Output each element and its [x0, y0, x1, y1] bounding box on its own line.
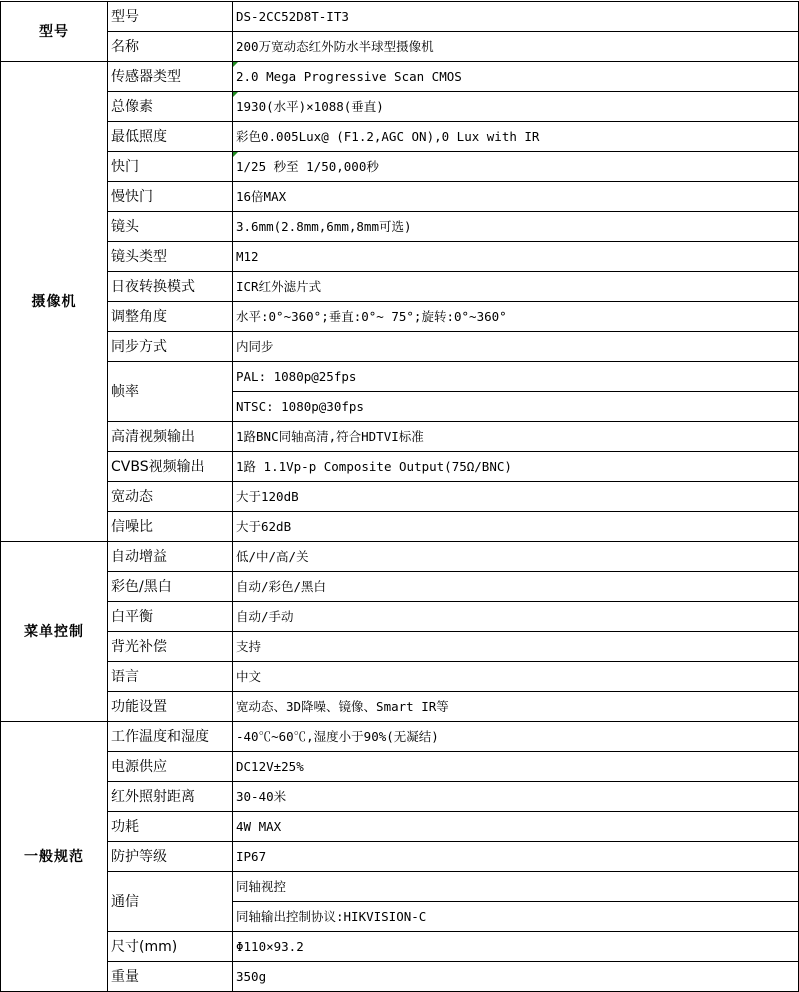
spec-label-text: 总像素 [111, 100, 153, 114]
spec-value: 同轴视控 [232, 871, 799, 902]
spec-value-text: 同轴输出控制协议:HIKVISION-C [236, 910, 426, 924]
spec-value-text: 内同步 [236, 340, 274, 354]
spec-label: 背光补偿 [107, 631, 233, 662]
spec-value: 2.0 Mega Progressive Scan CMOS [232, 61, 799, 92]
spec-value: 水平:0°~360°;垂直:0°~ 75°;旋转:0°~360° [232, 301, 799, 332]
spec-value: 宽动态、3D降噪、镜像、Smart IR等 [232, 691, 799, 722]
spec-label-text: 白平衡 [111, 610, 153, 624]
spec-value-text: 中文 [236, 670, 261, 684]
spec-value-text: Φ110×93.2 [236, 940, 304, 954]
spec-label-text: 调整角度 [111, 310, 167, 324]
spec-value-text: NTSC: 1080p@30fps [236, 400, 364, 414]
spec-label-text: 重量 [111, 970, 139, 984]
group-header: 摄像机 [0, 61, 108, 542]
spec-value-text: DS-2CC52D8T-IT3 [236, 10, 349, 24]
spec-label: 语言 [107, 661, 233, 692]
spec-value: 支持 [232, 631, 799, 662]
spec-label: 名称 [107, 31, 233, 62]
spec-value-text: 低/中/高/关 [236, 550, 309, 564]
spec-value-text: M12 [236, 250, 259, 264]
spec-value: NTSC: 1080p@30fps [232, 391, 799, 422]
spec-value-text: IP67 [236, 850, 266, 864]
spec-value: 内同步 [232, 331, 799, 362]
spec-label-text: 型号 [111, 10, 139, 24]
spec-value-text: 1930(水平)×1088(垂直) [236, 100, 384, 114]
spec-label: 自动增益 [107, 541, 233, 572]
spec-value: 同轴输出控制协议:HIKVISION-C [232, 901, 799, 932]
spec-label: 最低照度 [107, 121, 233, 152]
spec-label: 调整角度 [107, 301, 233, 332]
spec-value: 彩色0.005Lux@ (F1.2,AGC ON),0 Lux with IR [232, 121, 799, 152]
spec-value: PAL: 1080p@25fps [232, 361, 799, 392]
spec-value: 自动/手动 [232, 601, 799, 632]
spec-label: 帧率 [107, 361, 233, 422]
spec-value-text: PAL: 1080p@25fps [236, 370, 356, 384]
spec-value: 200万宽动态红外防水半球型摄像机 [232, 31, 799, 62]
spec-value-text: 水平:0°~360°;垂直:0°~ 75°;旋转:0°~360° [236, 310, 507, 324]
spec-value: 低/中/高/关 [232, 541, 799, 572]
comment-marker-icon [233, 152, 238, 157]
spec-value-text: ICR红外滤片式 [236, 280, 321, 294]
group-header: 菜单控制 [0, 541, 108, 722]
spec-label-text: 名称 [111, 40, 139, 54]
group-header-text: 一般规范 [24, 850, 84, 864]
spec-label-text: 电源供应 [111, 760, 167, 774]
spec-label-text: 红外照射距离 [111, 790, 195, 804]
spec-label-text: 宽动态 [111, 490, 153, 504]
spec-label: 镜头类型 [107, 241, 233, 272]
spec-label-text: 高清视频输出 [111, 430, 195, 444]
spec-label: 型号 [107, 1, 233, 32]
spec-label-text: 同步方式 [111, 340, 167, 354]
spec-label: 传感器类型 [107, 61, 233, 92]
spec-label: 重量 [107, 961, 233, 992]
spec-label-text: 镜头类型 [111, 250, 167, 264]
spec-value-text: 自动/手动 [236, 610, 294, 624]
spec-value-text: 自动/彩色/黑白 [236, 580, 326, 594]
spec-label-text: 功耗 [111, 820, 139, 834]
spec-value: 中文 [232, 661, 799, 692]
spec-label: 日夜转换模式 [107, 271, 233, 302]
spec-label: 镜头 [107, 211, 233, 242]
comment-marker-icon [233, 62, 238, 67]
group-header-text: 型号 [39, 25, 69, 39]
spec-value: -40℃~60℃,湿度小于90%(无凝结) [232, 721, 799, 752]
spec-value-text: 彩色0.005Lux@ (F1.2,AGC ON),0 Lux with IR [236, 130, 539, 144]
spec-label: 高清视频输出 [107, 421, 233, 452]
spec-value-text: 1路 1.1Vp-p Composite Output(75Ω/BNC) [236, 460, 512, 474]
spec-label: 尺寸(mm) [107, 931, 233, 962]
spec-label-text: CVBS视频输出 [111, 460, 205, 474]
spec-value: 30-40米 [232, 781, 799, 812]
spec-value: 350g [232, 961, 799, 992]
spec-label-text: 帧率 [111, 385, 139, 399]
spec-label: 功耗 [107, 811, 233, 842]
spec-label-text: 背光补偿 [111, 640, 167, 654]
spec-label: 防护等级 [107, 841, 233, 872]
spec-value: 大于62dB [232, 511, 799, 542]
spec-label-text: 慢快门 [111, 190, 153, 204]
spec-label-text: 通信 [111, 895, 139, 909]
spec-label: 慢快门 [107, 181, 233, 212]
comment-marker-icon [233, 92, 238, 97]
spec-label-text: 最低照度 [111, 130, 167, 144]
spec-value-text: 同轴视控 [236, 880, 286, 894]
spec-value-text: 3.6mm(2.8mm,6mm,8mm可选) [236, 220, 412, 234]
spec-label-text: 自动增益 [111, 550, 167, 564]
spec-label-text: 传感器类型 [111, 70, 181, 84]
spec-label-text: 功能设置 [111, 700, 167, 714]
spec-value: 1/25 秒至 1/50,000秒 [232, 151, 799, 182]
spec-value: 1路 1.1Vp-p Composite Output(75Ω/BNC) [232, 451, 799, 482]
spec-value-text: 16倍MAX [236, 190, 286, 204]
spec-label: 电源供应 [107, 751, 233, 782]
spec-label-text: 信噪比 [111, 520, 153, 534]
spec-value: DC12V±25% [232, 751, 799, 782]
spec-value-text: 宽动态、3D降噪、镜像、Smart IR等 [236, 700, 449, 714]
spec-label-text: 工作温度和湿度 [111, 730, 209, 744]
spec-value-text: 30-40米 [236, 790, 286, 804]
spec-label: 快门 [107, 151, 233, 182]
spec-value: IP67 [232, 841, 799, 872]
spec-label-text: 镜头 [111, 220, 139, 234]
spec-label: 白平衡 [107, 601, 233, 632]
spec-value: 1930(水平)×1088(垂直) [232, 91, 799, 122]
spec-value-text: 1/25 秒至 1/50,000秒 [236, 160, 379, 174]
group-header: 型号 [0, 1, 108, 62]
spec-label: 工作温度和湿度 [107, 721, 233, 752]
spec-value: M12 [232, 241, 799, 272]
spec-value-text: 2.0 Mega Progressive Scan CMOS [236, 70, 462, 84]
spec-label: 同步方式 [107, 331, 233, 362]
spec-label-text: 语言 [111, 670, 139, 684]
spec-value-text: 200万宽动态红外防水半球型摄像机 [236, 40, 434, 54]
spec-value: 大于120dB [232, 481, 799, 512]
spec-value-text: -40℃~60℃,湿度小于90%(无凝结) [236, 730, 439, 744]
spec-value: DS-2CC52D8T-IT3 [232, 1, 799, 32]
spec-label: 红外照射距离 [107, 781, 233, 812]
spec-value-text: 350g [236, 970, 266, 984]
spec-value-text: 大于62dB [236, 520, 291, 534]
spec-label-text: 日夜转换模式 [111, 280, 195, 294]
spec-label: 功能设置 [107, 691, 233, 722]
spec-label-text: 尺寸(mm) [111, 940, 177, 954]
spec-label: 宽动态 [107, 481, 233, 512]
spec-value-text: 1路BNC同轴高清,符合HDTVI标准 [236, 430, 424, 444]
spec-label: 通信 [107, 871, 233, 932]
spec-value-text: 4W MAX [236, 820, 281, 834]
spec-value: 4W MAX [232, 811, 799, 842]
spec-label: CVBS视频输出 [107, 451, 233, 482]
spec-value: 自动/彩色/黑白 [232, 571, 799, 602]
spec-label: 总像素 [107, 91, 233, 122]
spec-value: 1路BNC同轴高清,符合HDTVI标准 [232, 421, 799, 452]
spec-label-text: 快门 [111, 160, 139, 174]
spec-label: 彩色/黑白 [107, 571, 233, 602]
spec-value: ICR红外滤片式 [232, 271, 799, 302]
spec-label-text: 彩色/黑白 [111, 580, 172, 594]
spec-label-text: 防护等级 [111, 850, 167, 864]
spec-value: 3.6mm(2.8mm,6mm,8mm可选) [232, 211, 799, 242]
group-header-text: 菜单控制 [24, 625, 84, 639]
spec-value: 16倍MAX [232, 181, 799, 212]
spec-table: 型号DS-2CC52D8T-IT3名称200万宽动态红外防水半球型摄像机型号传感… [0, 0, 799, 992]
spec-value-text: 支持 [236, 640, 261, 654]
spec-value: Φ110×93.2 [232, 931, 799, 962]
group-header: 一般规范 [0, 721, 108, 992]
spec-label: 信噪比 [107, 511, 233, 542]
group-header-text: 摄像机 [32, 295, 77, 309]
spec-value-text: DC12V±25% [236, 760, 304, 774]
spec-value-text: 大于120dB [236, 490, 299, 504]
